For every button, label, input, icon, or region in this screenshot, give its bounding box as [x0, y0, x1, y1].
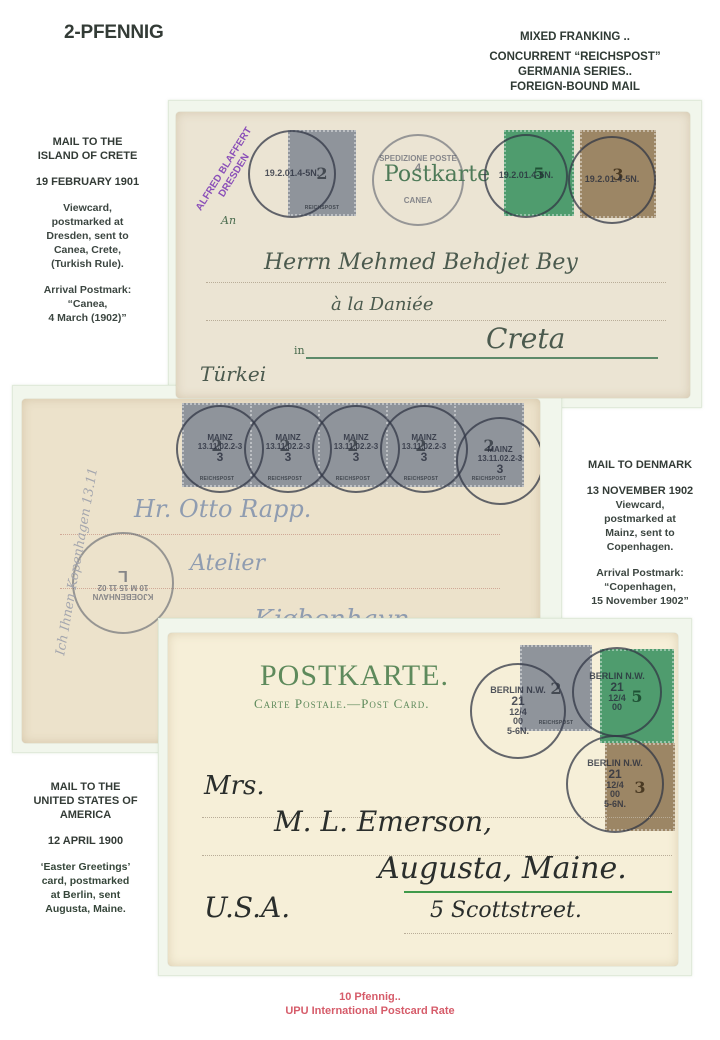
- date: 12 APRIL 1900: [8, 834, 163, 848]
- rate-note: 10 Pfennig.. UPU International Postcard …: [240, 990, 500, 1018]
- postmark-date: 19.2.01.4-5N.: [265, 169, 320, 178]
- address-country: U.S.A.: [204, 891, 290, 924]
- postmark-date: 19.2.01.4-5N.: [585, 175, 640, 184]
- arrival-line: 4 March (1902)”: [10, 311, 165, 325]
- address-country: Türkei: [200, 362, 266, 386]
- heading-line: ISLAND OF CRETE: [10, 149, 165, 163]
- postmark-day: 21: [610, 681, 623, 694]
- desc-line: Mainz, sent to: [565, 526, 715, 540]
- postcard-usa: POSTKARTE. Carte Postale.—Post Card. 2 R…: [168, 633, 678, 966]
- page-title: 2-PFENNIG: [64, 22, 164, 44]
- berlin-postmark: BERLIN N.W. 21 12/4 00 5-6N.: [566, 735, 664, 833]
- postmark-year: 00: [612, 703, 622, 712]
- postmark-number: 3: [285, 451, 292, 464]
- address-name: M. L. Emerson,: [274, 805, 492, 838]
- card-title: POSTKARTE.: [260, 659, 449, 693]
- postmark-number: 3: [353, 451, 360, 464]
- postmark-time: 5-6N.: [604, 800, 626, 809]
- arrival-line: Arrival Postmark:: [565, 566, 715, 580]
- postmark-date: 10 M 15 11 02: [98, 583, 149, 591]
- address-street: 5 Scottstreet.: [430, 898, 582, 923]
- heading-line: MAIL TO THE: [8, 780, 163, 794]
- desc-line: Canea, Crete,: [10, 243, 165, 257]
- rate-note-line-2: UPU International Postcard Rate: [240, 1004, 500, 1018]
- desc-line: postmarked at: [565, 512, 715, 526]
- date: 19 FEBRUARY 1901: [10, 175, 165, 189]
- postmark-number: 3: [217, 451, 224, 464]
- address-line-2: à la Daniée: [331, 294, 433, 315]
- in-label: in: [294, 344, 305, 357]
- berlin-postmark: BERLIN N.W. 21 12/4 00 5-6N.: [470, 663, 566, 759]
- heading-line: AMERICA: [8, 808, 163, 822]
- heading-line: MAIL TO THE: [10, 135, 165, 149]
- desc-line: Copenhagen.: [565, 540, 715, 554]
- mainz-postmark: MAINZ13.11.02.2-33: [456, 417, 540, 505]
- stamp-strip: 2REICHSPOST2REICHSPOST2REICHSPOST2REICHS…: [182, 403, 528, 487]
- heading-line: UNITED STATES OF: [8, 794, 163, 808]
- usa-description: MAIL TO THE UNITED STATES OF AMERICA 12 …: [8, 780, 163, 916]
- postmark-number: 3: [497, 463, 504, 476]
- postmark-time: 5-6N.: [507, 727, 529, 736]
- crete-description: MAIL TO THE ISLAND OF CRETE 19 FEBRUARY …: [10, 135, 165, 325]
- address-city: Creta: [486, 322, 565, 355]
- address-salutation: Mrs.: [204, 771, 265, 801]
- date: 13 NOVEMBER 1902: [565, 484, 715, 498]
- denmark-description: MAIL TO DENMARK 13 NOVEMBER 1902 Viewcar…: [565, 458, 715, 608]
- postmark-letter: L: [118, 566, 128, 583]
- desc-line: Viewcard,: [10, 201, 165, 215]
- desc-line: (Turkish Rule).: [10, 257, 165, 271]
- berlin-postmark: BERLIN N.W. 21 12/4 00: [572, 647, 662, 737]
- dresden-postmark: 19.2.01.4-5N.: [568, 136, 656, 224]
- dresden-postmark: 19.2.01.4-5N.: [484, 134, 568, 218]
- arrival-line: Arrival Postmark:: [10, 283, 165, 297]
- postcard-crete: ALFRED BLAFFERT DRESDEN An 2 REICHSPOST …: [176, 112, 690, 398]
- desc-line: ‘Easter Greetings’: [8, 860, 163, 874]
- arrival-line: 15 November 1902”: [565, 594, 715, 608]
- postkarte-header: Postkarte: [384, 162, 490, 187]
- address-line-1: Hr. Otto Rapp.: [134, 495, 311, 523]
- address-line-1: Herrn Mehmed Behdjet Bey: [264, 250, 578, 275]
- postmark-day: 21: [511, 695, 524, 708]
- an-label: An: [221, 214, 236, 227]
- desc-line: postmarked at: [10, 215, 165, 229]
- address-city: Augusta, Maine.: [378, 851, 627, 886]
- heading: MAIL TO DENMARK: [565, 458, 715, 472]
- arrival-line: “Copenhagen,: [565, 580, 715, 594]
- postmark-city: KJOEBENHAVN: [93, 591, 154, 599]
- desc-line: at Berlin, sent: [8, 888, 163, 902]
- header-note: MIXED FRANKING .. CONCURRENT “REICHSPOST…: [455, 30, 695, 95]
- postmark-date: 19.2.01.4-5N.: [499, 171, 554, 180]
- header-note-line: CONCURRENT “REICHSPOST”: [455, 50, 695, 65]
- postmark-number: 3: [421, 451, 428, 464]
- header-note-line: FOREIGN-BOUND MAIL: [455, 80, 695, 95]
- card-subtitle: Carte Postale.—Post Card.: [254, 696, 430, 712]
- mainz-postmark: MAINZ13.11.02.2-33: [380, 405, 468, 493]
- rate-note-line-1: 10 Pfennig..: [240, 990, 500, 1004]
- dresden-postmark: 19.2.01.4-5N.: [248, 130, 336, 218]
- header-note-line: GERMANIA SERIES..: [455, 65, 695, 80]
- desc-line: card, postmarked: [8, 874, 163, 888]
- desc-line: Viewcard,: [565, 498, 715, 512]
- postmark-day: 21: [608, 768, 621, 781]
- desc-line: Augusta, Maine.: [8, 902, 163, 916]
- arrival-line: “Canea,: [10, 297, 165, 311]
- address-line-2: Atelier: [190, 551, 265, 576]
- desc-line: Dresden, sent to: [10, 229, 165, 243]
- postmark-bottom-text: CANEA: [404, 197, 432, 205]
- header-note-line: MIXED FRANKING ..: [455, 30, 695, 45]
